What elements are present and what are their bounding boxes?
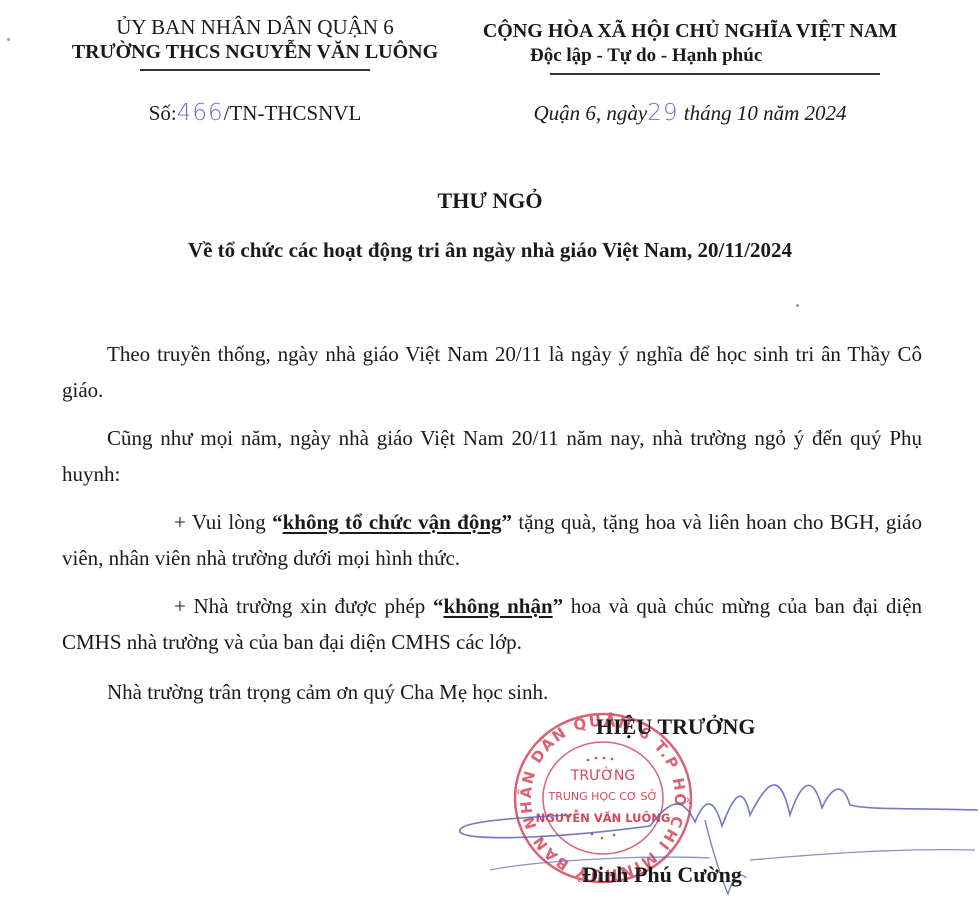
bullet1-emphasis-text: không tổ chức vận động [283,510,502,534]
bullet2-emphasis: “không nhận” [433,594,563,618]
authority-name: ỦY BAN NHÂN DÂN QUẬN 6 [40,14,470,40]
bullet1-before: + Vui lòng [174,510,272,534]
header-left-rule [140,69,370,71]
issuing-authority-block: ỦY BAN NHÂN DÂN QUẬN 6 TRƯỜNG THCS NGUYỄ… [40,14,470,71]
letter-title: THƯ NGỎ [0,188,980,214]
doc-number-handwritten: 466 [177,100,224,126]
date-day-handwritten: 29 [647,100,678,126]
school-name: TRƯỜNG THCS NGUYỄN VĂN LUÔNG [40,40,470,64]
signatory-title: HIỆU TRƯỞNG [596,714,756,740]
issue-date: Quận 6, ngày29 tháng 10 năm 2024 [470,100,910,126]
national-motto: Độc lập - Tự do - Hạnh phúc [470,44,910,68]
open-quote: “ [433,594,444,618]
bullet-no-accept: + Nhà trường xin được phép “không nhận” … [62,588,922,660]
signatory-name: Đinh Phú Cường [582,862,742,888]
paragraph-thanks: Nhà trường trân trọng cảm ơn quý Cha Mẹ … [62,674,922,710]
open-quote: “ [272,510,283,534]
header-right-rule [550,73,880,75]
scan-speck [796,304,799,307]
close-quote: ” [502,510,513,534]
scan-speck [7,38,10,41]
date-prefix: Quận 6, ngày [533,101,647,125]
nation-name: CỘNG HÒA XÃ HỘI CHỦ NGHĨA VIỆT NAM [470,18,910,44]
doc-number-prefix: Số: [149,101,177,125]
document-number: Số:466/TN-THCSNVL [40,100,470,126]
close-quote: ” [553,594,564,618]
bullet2-emphasis-text: không nhận [443,594,552,618]
bullet2-before: + Nhà trường xin được phép [174,594,433,618]
paragraph-tradition: Theo truyền thống, ngày nhà giáo Việt Na… [62,336,922,408]
date-suffix: tháng 10 năm 2024 [679,101,847,125]
letter-subtitle: Về tổ chức các hoạt động tri ân ngày nhà… [0,238,980,263]
paragraph-request-intro: Cũng như mọi năm, ngày nhà giáo Việt Nam… [62,420,922,492]
bullet-no-campaign: + Vui lòng “không tổ chức vận động” tặng… [62,504,922,576]
doc-number-suffix: /TN-THCSNVL [224,101,362,125]
national-header-block: CỘNG HÒA XÃ HỘI CHỦ NGHĨA VIỆT NAM Độc l… [470,18,910,75]
letter-body: Theo truyền thống, ngày nhà giáo Việt Na… [62,336,922,722]
bullet1-emphasis: “không tổ chức vận động” [272,510,512,534]
